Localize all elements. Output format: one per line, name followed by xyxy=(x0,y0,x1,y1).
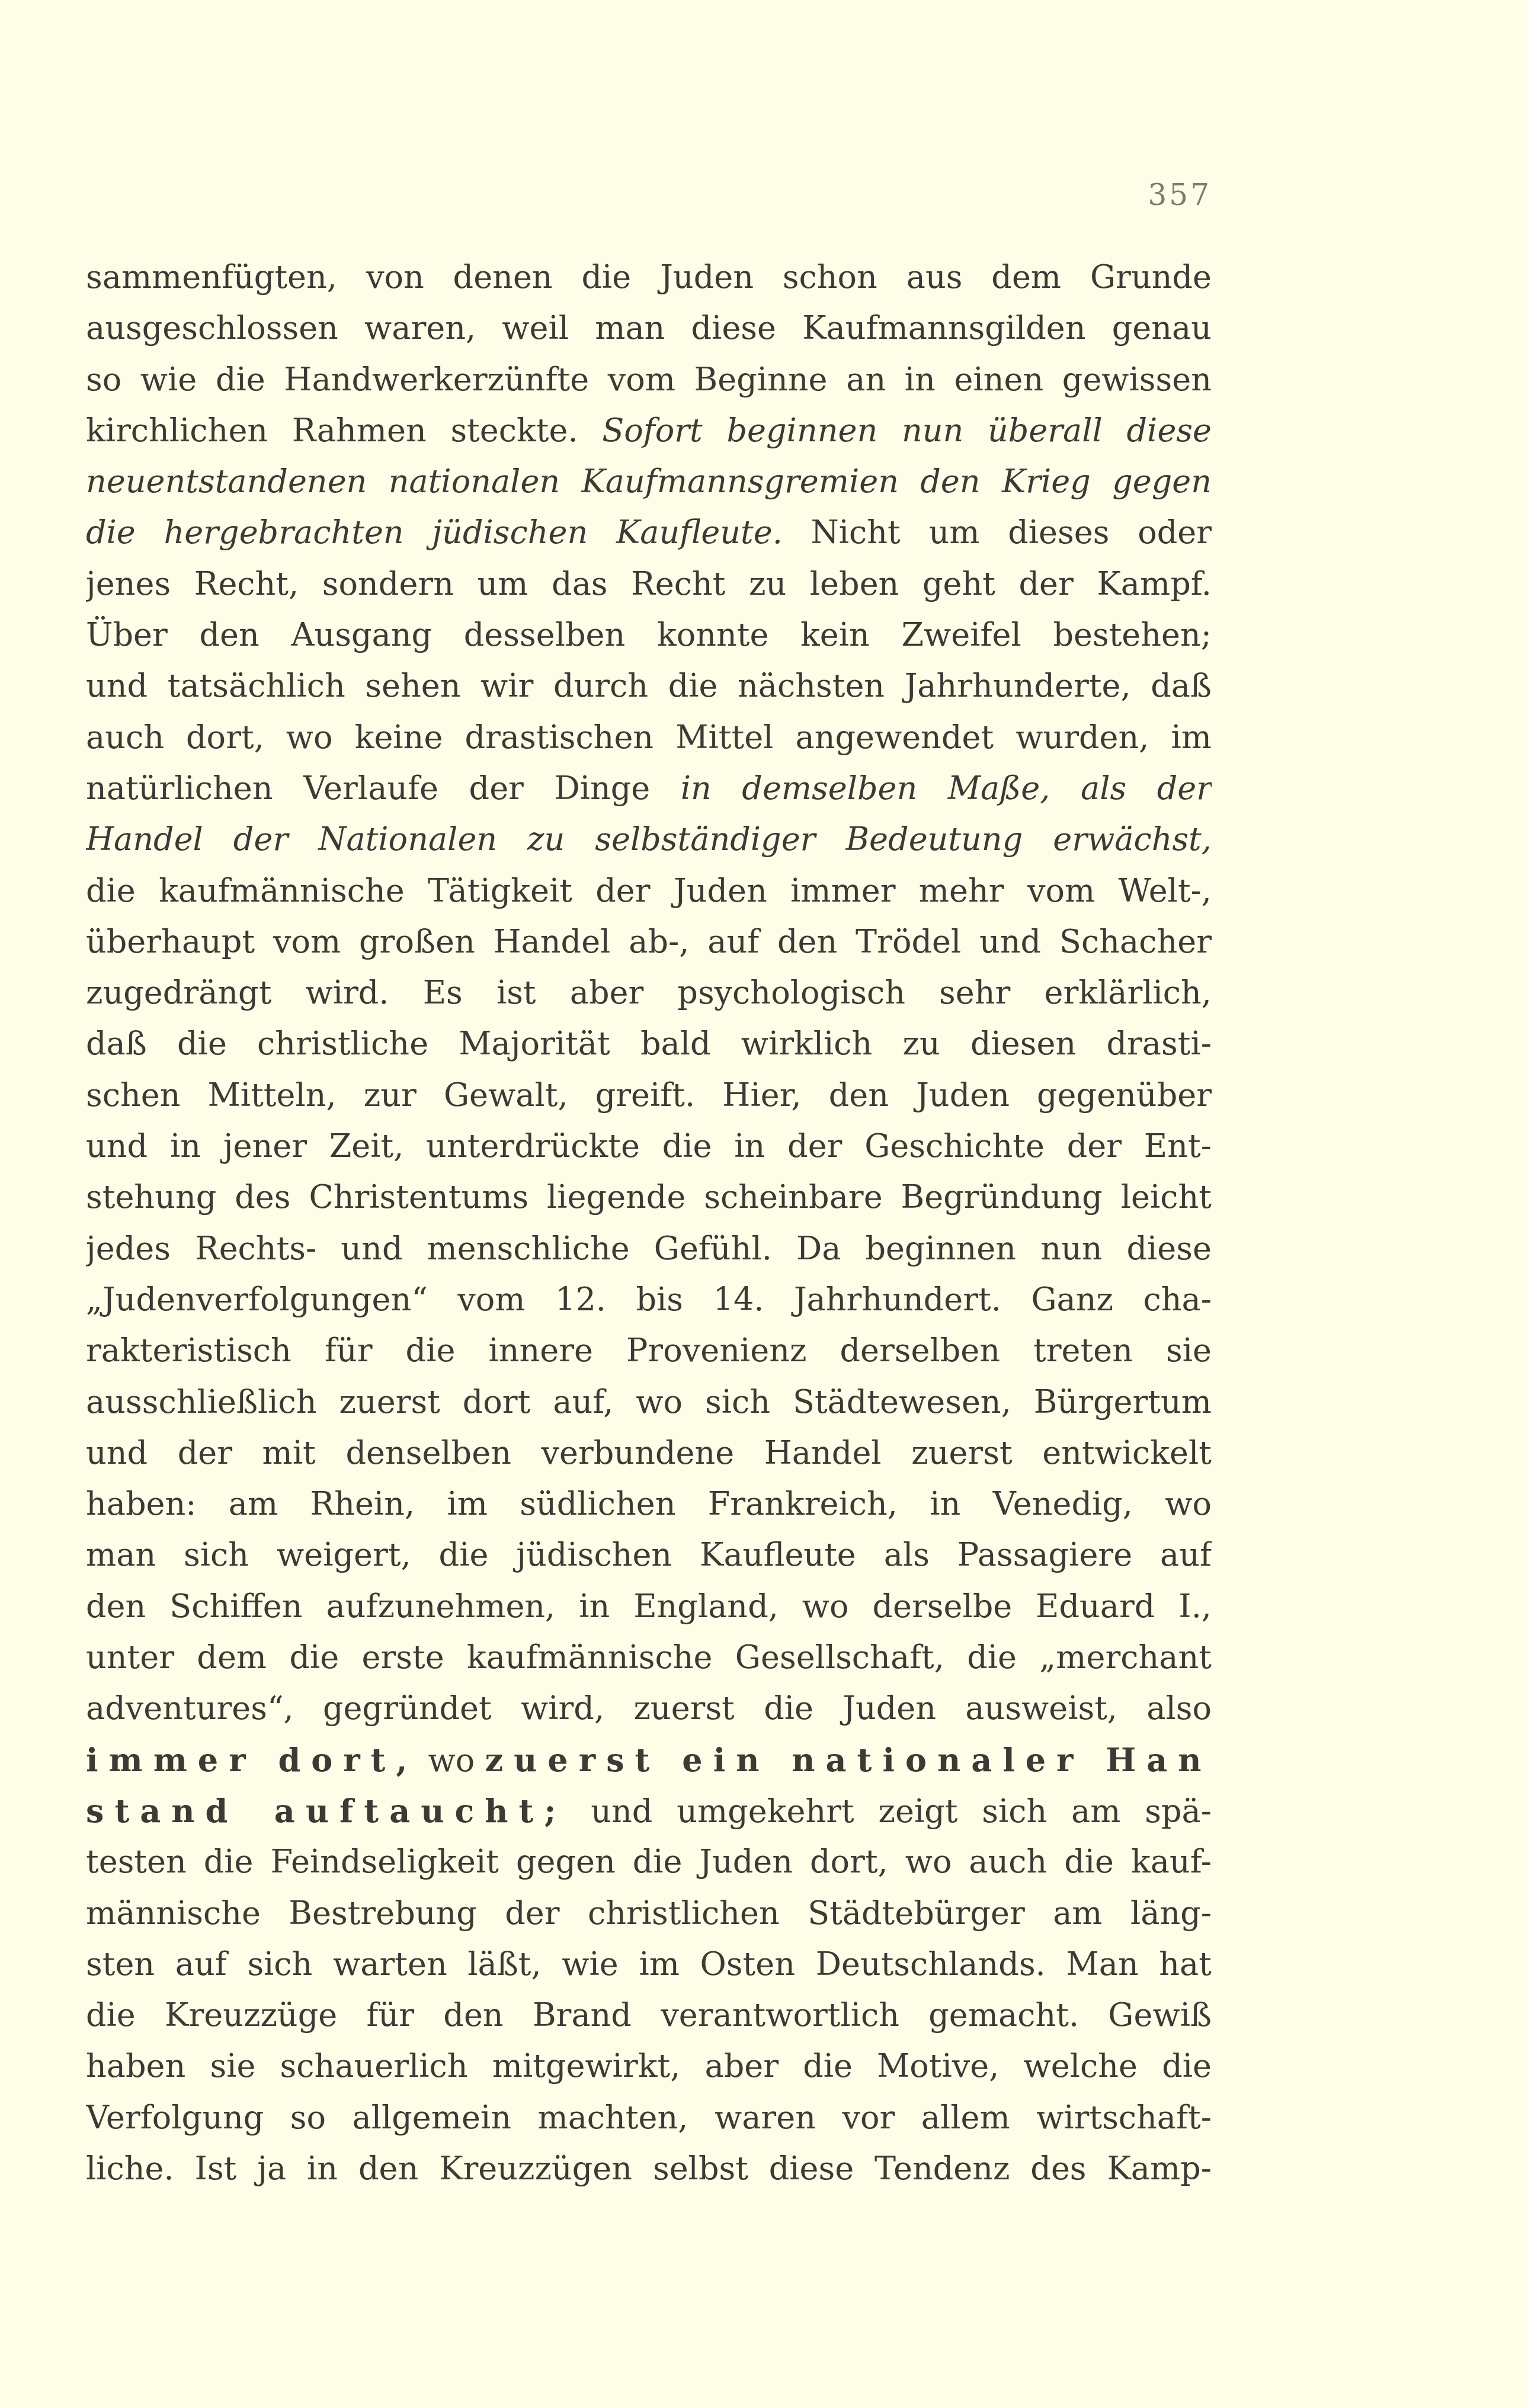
text-run: unter dem die erste kaufmännische Gesell… xyxy=(86,1639,1212,1676)
text-run: jenes Recht, sondern um das Recht zu leb… xyxy=(86,565,1212,602)
text-italic: Handel der Nationalen zu selbständiger B… xyxy=(86,820,1212,858)
text-run: überhaupt vom großen Handel ab-, auf den… xyxy=(86,923,1212,960)
text-line: unter dem die erste kaufmännische Gesell… xyxy=(86,1632,1212,1683)
text-run: zugedrängt wird. Es ist aber psychologis… xyxy=(86,974,1212,1011)
text-line: natürlichen Verlaufe der Dinge in demsel… xyxy=(86,763,1212,814)
text-line: so wie die Handwerkerzünfte vom Beginne … xyxy=(86,354,1212,405)
text-run: die kaufmännische Tätigkeit der Juden im… xyxy=(86,872,1212,909)
text-run: so wie die Handwerkerzünfte vom Beginne … xyxy=(86,361,1212,398)
text-run: adventures“, gegründet wird, zuerst die … xyxy=(86,1689,1212,1727)
text-run: daß die christliche Majorität bald wirkl… xyxy=(86,1025,1212,1062)
text-run: den Schiffen aufzunehmen, in England, wo… xyxy=(86,1588,1212,1625)
text-line: schen Mitteln, zur Gewalt, greift. Hier,… xyxy=(86,1070,1212,1121)
text-run: Über den Ausgang desselben konnte kein Z… xyxy=(86,616,1212,653)
text-run: auch dort, wo keine drastischen Mittel a… xyxy=(86,719,1212,756)
text-italic: neuentstandenen nationalen Kaufmannsgrem… xyxy=(86,463,1212,500)
text-line: ausgeschlossen waren, weil man diese Kau… xyxy=(86,303,1212,354)
text-line: sten auf sich warten läßt, wie im Osten … xyxy=(86,1939,1212,1990)
text-run: kirchlichen Rahmen steckte. xyxy=(86,412,602,449)
text-line: sammenfügten, von denen die Juden schon … xyxy=(86,252,1212,303)
text-line: „Judenverfolgungen“ vom 12. bis 14. Jahr… xyxy=(86,1274,1212,1325)
text-run: sammenfügten, von denen die Juden schon … xyxy=(86,258,1212,296)
page-number: 357 xyxy=(1066,178,1212,212)
text-run: und umgekehrt zeigt sich am spä- xyxy=(566,1793,1212,1830)
text-run: Verfolgung so allgemein machten, waren v… xyxy=(86,2099,1212,2136)
text-line: testen die Feindseligkeit gegen die Jude… xyxy=(86,1836,1212,1887)
text-line: auch dort, wo keine drastischen Mittel a… xyxy=(86,712,1212,763)
text-line: jenes Recht, sondern um das Recht zu leb… xyxy=(86,559,1212,610)
text-spaced: zuerst ein nationaler Handels- xyxy=(485,1741,1212,1779)
text-run: wo xyxy=(418,1742,485,1779)
text-run: die Kreuzzüge für den Brand verantwortli… xyxy=(86,1996,1212,2034)
text-line: kirchlichen Rahmen steckte. Sofort begin… xyxy=(86,405,1212,456)
text-line: ausschließlich zuerst dort auf, wo sich … xyxy=(86,1377,1212,1428)
text-line: adventures“, gegründet wird, zuerst die … xyxy=(86,1683,1212,1734)
text-run: rakteristisch für die innere Provenienz … xyxy=(86,1332,1212,1369)
text-line: haben sie schauerlich mitgewirkt, aber d… xyxy=(86,2041,1212,2092)
text-line: Über den Ausgang desselben konnte kein Z… xyxy=(86,610,1212,660)
text-line: man sich weigert, die jüdischen Kaufleut… xyxy=(86,1530,1212,1580)
text-line: männische Bestrebung der christlichen St… xyxy=(86,1888,1212,1939)
text-line: immer dort, wo zuerst ein nationaler Han… xyxy=(86,1734,1212,1785)
text-line: den Schiffen aufzunehmen, in England, wo… xyxy=(86,1581,1212,1632)
text-line: überhaupt vom großen Handel ab-, auf den… xyxy=(86,916,1212,967)
text-spaced: immer dort, xyxy=(86,1741,418,1779)
text-line: die hergebrachten jüdischen Kaufleute. N… xyxy=(86,507,1212,558)
text-line: und tatsächlich sehen wir durch die näch… xyxy=(86,660,1212,711)
text-line: haben: am Rhein, im südlichen Frankreich… xyxy=(86,1479,1212,1530)
text-line: die kaufmännische Tätigkeit der Juden im… xyxy=(86,865,1212,916)
text-run: liche. Ist ja in den Kreuzzügen selbst d… xyxy=(86,2150,1212,2187)
text-italic: Sofort beginnen nun überall diese xyxy=(602,412,1212,449)
text-line: zugedrängt wird. Es ist aber psychologis… xyxy=(86,967,1212,1018)
text-line: und in jener Zeit, unterdrückte die in d… xyxy=(86,1121,1212,1172)
text-line: rakteristisch für die innere Provenienz … xyxy=(86,1325,1212,1376)
text-line: jedes Rechts- und menschliche Gefühl. Da… xyxy=(86,1223,1212,1274)
text-run: sten auf sich warten läßt, wie im Osten … xyxy=(86,1945,1212,1983)
text-run: haben: am Rhein, im südlichen Frankreich… xyxy=(86,1485,1212,1522)
text-run: schen Mitteln, zur Gewalt, greift. Hier,… xyxy=(86,1076,1212,1114)
body-text: sammenfügten, von denen die Juden schon … xyxy=(86,252,1212,2194)
text-run: „Judenverfolgungen“ vom 12. bis 14. Jahr… xyxy=(86,1281,1212,1318)
text-run: und in jener Zeit, unterdrückte die in d… xyxy=(86,1127,1212,1165)
text-run: und tatsächlich sehen wir durch die näch… xyxy=(86,667,1212,704)
text-run: testen die Feindseligkeit gegen die Jude… xyxy=(86,1843,1212,1880)
text-italic: in demselben Maße, als der xyxy=(681,769,1212,807)
text-run: ausgeschlossen waren, weil man diese Kau… xyxy=(86,309,1212,347)
text-run: ausschließlich zuerst dort auf, wo sich … xyxy=(86,1383,1212,1421)
text-line: daß die christliche Majorität bald wirkl… xyxy=(86,1018,1212,1069)
text-spaced: stand auftaucht; xyxy=(86,1792,566,1830)
text-run: männische Bestrebung der christlichen St… xyxy=(86,1894,1212,1932)
text-line: liche. Ist ja in den Kreuzzügen selbst d… xyxy=(86,2143,1212,2194)
text-line: und der mit denselben verbundene Handel … xyxy=(86,1428,1212,1479)
text-line: stand auftaucht; und umgekehrt zeigt sic… xyxy=(86,1785,1212,1836)
text-run: und der mit denselben verbundene Handel … xyxy=(86,1434,1212,1471)
text-run: natürlichen Verlaufe der Dinge xyxy=(86,769,681,807)
text-run: Nicht um dieses oder xyxy=(783,514,1212,551)
text-line: stehung des Christentums liegende schein… xyxy=(86,1172,1212,1223)
text-line: Verfolgung so allgemein machten, waren v… xyxy=(86,2092,1212,2143)
text-run: haben sie schauerlich mitgewirkt, aber d… xyxy=(86,2047,1212,2085)
text-run: jedes Rechts- und menschliche Gefühl. Da… xyxy=(86,1230,1212,1267)
text-line: Handel der Nationalen zu selbständiger B… xyxy=(86,814,1212,865)
text-line: neuentstandenen nationalen Kaufmannsgrem… xyxy=(86,456,1212,507)
text-run: man sich weigert, die jüdischen Kaufleut… xyxy=(86,1536,1212,1573)
text-line: die Kreuzzüge für den Brand verantwortli… xyxy=(86,1990,1212,2041)
text-run: stehung des Christentums liegende schein… xyxy=(86,1178,1212,1216)
text-italic: die hergebrachten jüdischen Kaufleute. xyxy=(86,514,783,551)
